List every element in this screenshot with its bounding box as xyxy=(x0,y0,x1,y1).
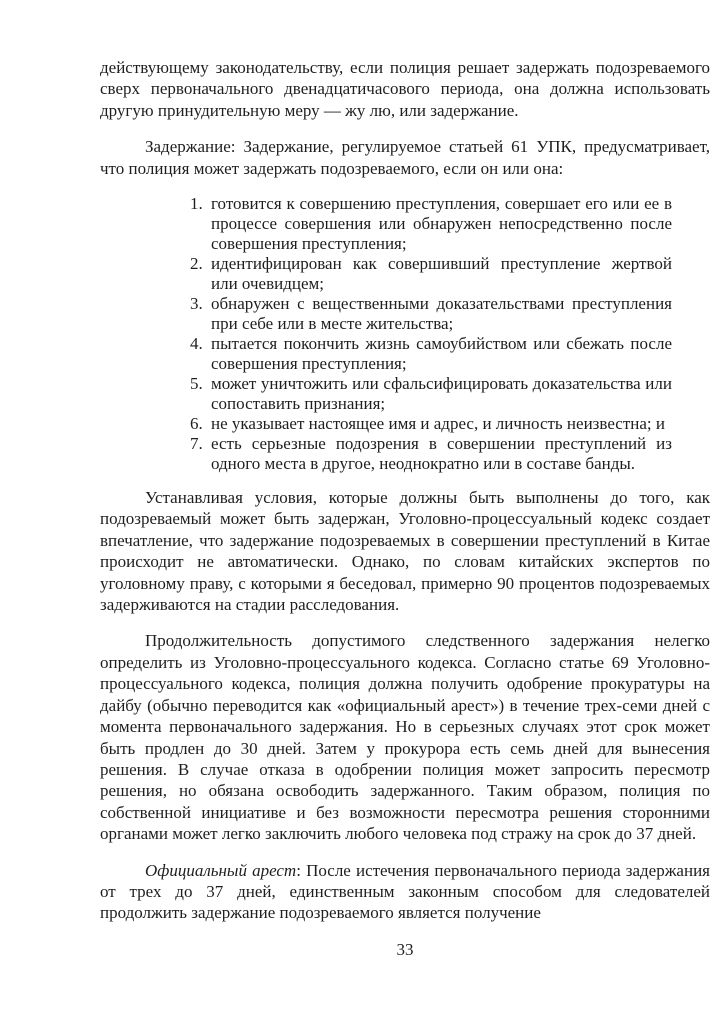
list-item: есть серьезные подозрения в совершении п… xyxy=(207,434,672,474)
page-content: действующему законодательству, если поли… xyxy=(100,0,710,960)
paragraph-conditions-commentary: Устанавливая условия, которые должны быт… xyxy=(100,487,710,615)
paragraph-formal-arrest: Официальный арест: После истечения перво… xyxy=(100,860,710,924)
paragraph-detention-intro: Задержание: Задержание, регулируемое ста… xyxy=(100,136,710,179)
paragraph-continuation: действующему законодательству, если поли… xyxy=(100,57,710,121)
list-item: идентифицирован как совершивший преступл… xyxy=(207,254,672,294)
list-item: обнаружен с вещественными доказательства… xyxy=(207,294,672,334)
page-number: 33 xyxy=(100,939,710,960)
detention-conditions-list: готовится к совершению преступления, сов… xyxy=(100,194,672,474)
formal-arrest-term: Официальный арест xyxy=(145,861,296,880)
list-item: готовится к совершению преступления, сов… xyxy=(207,194,672,254)
paragraph-detention-duration: Продолжительность допустимого следственн… xyxy=(100,630,710,844)
list-item: не указывает настоящее имя и адрес, и ли… xyxy=(207,414,672,434)
list-item: пытается покончить жизнь самоубийством и… xyxy=(207,334,672,374)
list-item: может уничтожить или сфальсифицировать д… xyxy=(207,374,672,414)
document-page: действующему законодательству, если поли… xyxy=(0,0,724,1024)
